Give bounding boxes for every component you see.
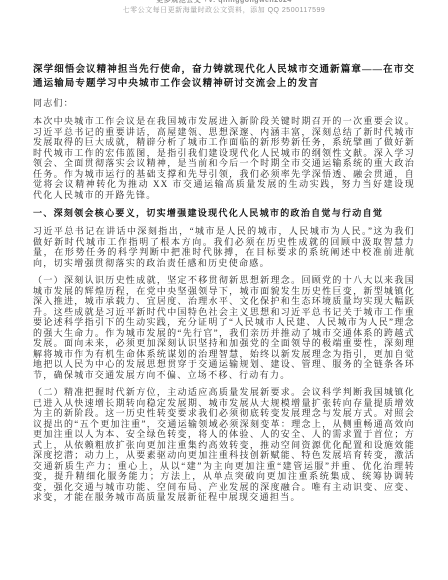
document-paragraph: （一）深刻认识历史性成就，坚定不移贯彻新思想新理念。回顾党的十八大以来我国城市发… xyxy=(33,275,415,380)
document-paragraph: （二）精准把握时代新方位，主动适应高质量发展新要求。会议科学判断我国城镇化已进入… xyxy=(33,387,415,503)
document-paragraph: 本次中央城市工作会议是在我国城市发展进入新阶段关键时期召开的一次重要会议。习近平… xyxy=(33,116,415,200)
watermark-line-1: 更多规范公文 +V: qilinggongwen2024 xyxy=(0,0,448,5)
salutation: 同志们： xyxy=(33,97,415,109)
watermark-line-2: 七零公文每日更新海量时政公文资料，添加 QQ 2500117599 xyxy=(0,6,448,15)
section-heading: 一、深刻领会核心要义，切实增强建设现代化人民城市的政治自觉与行动自觉 xyxy=(33,208,415,219)
document-paragraph: 习近平总书记在讲话中深刻指出，“城市是人民的城市，人民城市为人民。”这为我们做好… xyxy=(33,226,415,268)
document-title: 深学细悟会议精神担当先行使命，奋力铸就现代化人民城市交通新篇章——在市交通运输局… xyxy=(33,63,415,91)
document-content: 深学细悟会议精神担当先行使命，奋力铸就现代化人民城市交通新篇章——在市交通运输局… xyxy=(33,63,415,503)
document-body: 本次中央城市工作会议是在我国城市发展进入新阶段关键时期召开的一次重要会议。习近平… xyxy=(33,116,415,503)
watermark-header: 更多规范公文 +V: qilinggongwen2024 七零公文每日更新海量时… xyxy=(0,0,448,15)
document-page: 更多规范公文 +V: qilinggongwen2024 七零公文每日更新海量时… xyxy=(0,0,448,580)
